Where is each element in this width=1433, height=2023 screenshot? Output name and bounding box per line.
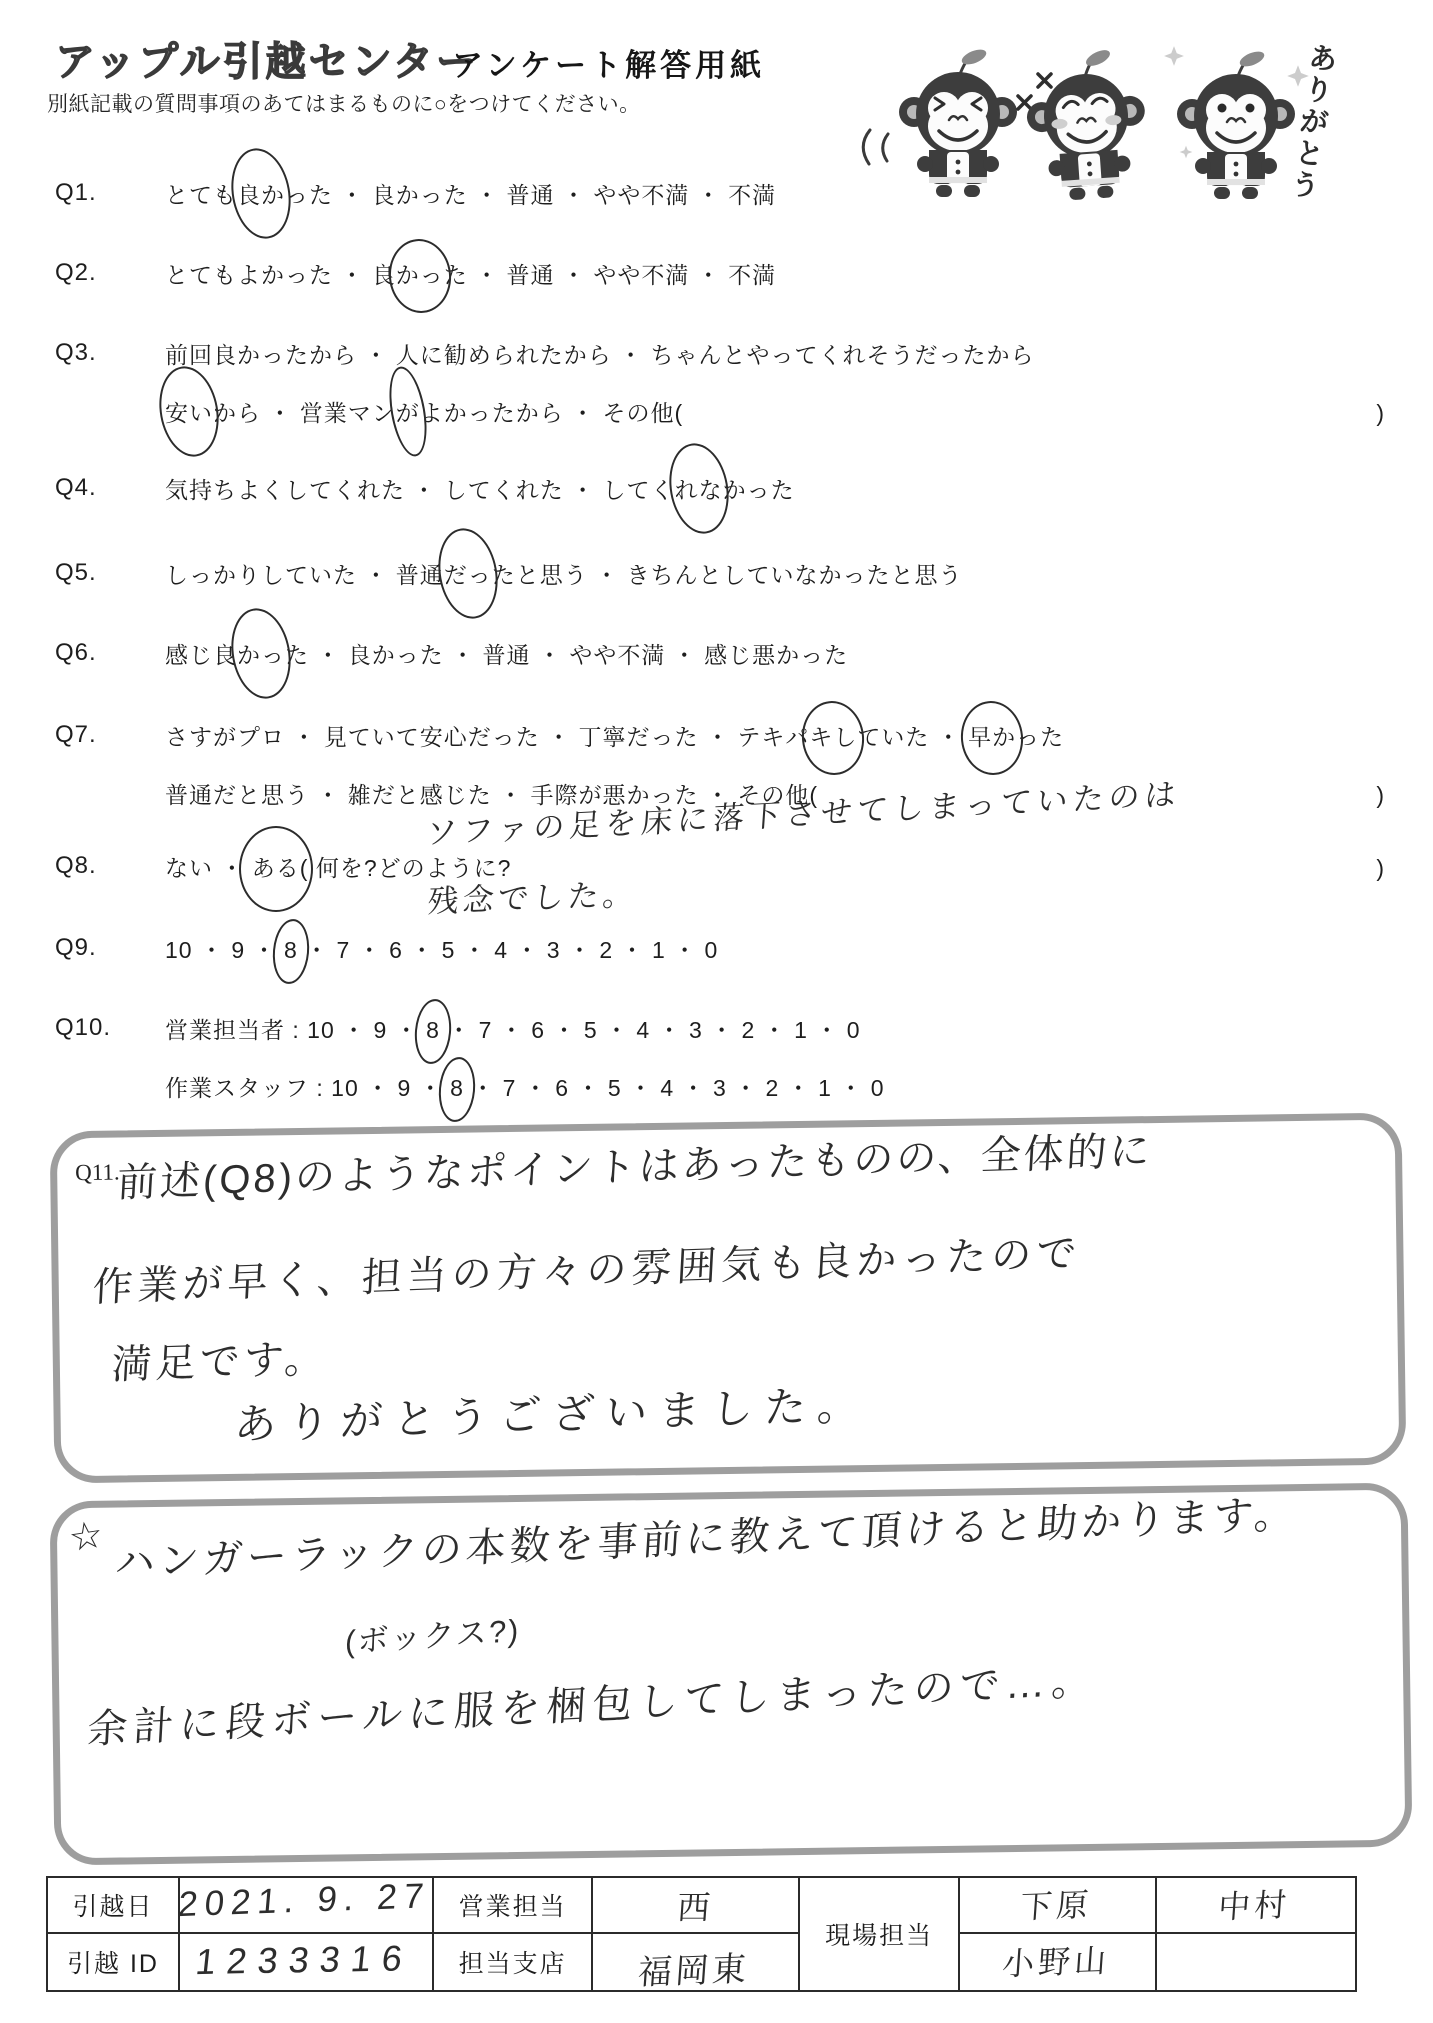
option-text: しっかりしていた ・ 普通 [165, 559, 444, 591]
question-id: Q6. [55, 639, 165, 671]
option-text: ・ 7 ・ 6 ・ 5 ・ 4 ・ 3 ・ 2 ・ 1 ・ 0 [298, 934, 719, 966]
answer-circle-mark [431, 524, 504, 624]
circled-answer: かっ [237, 639, 285, 671]
answer-circle-mark [662, 439, 735, 539]
circled-answer: 8 [426, 1014, 440, 1046]
branch-value: 福岡東 [637, 1941, 751, 1994]
answer-circle-mark [799, 698, 868, 778]
note-handwritten-line3: 余計に段ボールに服を梱包してしまったので…。 [86, 1649, 1099, 1756]
question-8: Q8.ない ・ ある( 何を?どのように?) [55, 852, 1385, 884]
answer-circle-mark [270, 918, 311, 986]
question-id: Q10. [55, 1014, 165, 1104]
option-text: た ・ 普通 ・ やや不満 ・ 不満 [444, 259, 776, 291]
option-text: 前回良かったから ・ 人に勧められたから ・ ちゃんとやってくれそうだったから [165, 339, 1035, 371]
q8-handwritten-answer-line2: 残念でした。 [426, 869, 640, 921]
options-row: とても良かった ・ 良かった ・ 普通 ・ やや不満 ・ 不満 [165, 179, 1385, 211]
field-staff-label: 現場担当 [799, 1877, 959, 1991]
footer-info-table: 引越日 2021. 9. 27 営業担当 西 現場担当 下原 中村 引越 ID … [46, 1876, 1357, 1992]
sales-rep-cell: 西 [592, 1877, 799, 1933]
circled-answer: キし [809, 721, 857, 753]
q11-handwritten-line2: 作業が早く、担当の方々の雰囲気も良かったので [91, 1221, 1083, 1313]
option-text: った ・ 良かった ・ 普通 ・ やや不満 ・ 不満 [285, 179, 776, 211]
question-id: Q3. [55, 339, 165, 429]
options-row: 作業スタッフ : 10 ・ 9 ・ 8 ・ 7 ・ 6 ・ 5 ・ 4 ・ 3 … [165, 1072, 1385, 1104]
question-id: Q7. [55, 721, 165, 811]
q11-handwritten-line4: ありがとうございました。 [233, 1372, 872, 1452]
options-row: ない ・ ある( 何を?どのように?) [165, 852, 1385, 884]
star-mark-icon: ☆ [66, 1512, 107, 1562]
question-5: Q5.しっかりしていた ・ 普通だったと思う ・ きちんとしていなかったと思う [55, 559, 1385, 591]
circled-answer: 良か [237, 179, 285, 211]
q11-handwritten-line3: 満足です。 [110, 1327, 330, 1391]
option-text: ) [1376, 852, 1385, 884]
circled-answer: だっ [444, 559, 492, 591]
options-row: しっかりしていた ・ 普通だったと思う ・ きちんとしていなかったと思う [165, 559, 1385, 591]
option-text: ・ 7 ・ 6 ・ 5 ・ 4 ・ 3 ・ 2 ・ 1 ・ 0 [440, 1014, 861, 1046]
option-text: ・ 7 ・ 6 ・ 5 ・ 4 ・ 3 ・ 2 ・ 1 ・ 0 [464, 1072, 885, 1104]
branch-cell: 福岡東 [592, 1933, 799, 1991]
answer-circle-mark [225, 604, 298, 704]
field-staff-name-1: 下原 [1018, 1879, 1093, 1928]
option-text: 10 ・ 9 ・ [165, 934, 284, 966]
option-text: たと思う ・ きちんとしていなかったと思う [492, 559, 963, 591]
options-row: 前回良かったから ・ 人に勧められたから ・ ちゃんとやってくれそうだったから [165, 339, 1385, 371]
option-text: った [1016, 721, 1064, 753]
option-text: 営業担当者 : 10 ・ 9 ・ [165, 1014, 426, 1046]
options-row: 安いから ・ 営業マンがよかったから ・ その他() [165, 397, 1385, 429]
question-9: Q9.10 ・ 9 ・ 8 ・ 7 ・ 6 ・ 5 ・ 4 ・ 3 ・ 2 ・ … [55, 934, 1385, 966]
question-id: Q4. [55, 474, 165, 506]
q11-comment-box: Q11. 前述(Q8)のようなポイントはあったものの、全体的に 作業が早く、担当… [50, 1113, 1407, 1484]
note-handwritten-line2: (ボックス?) [344, 1605, 521, 1662]
sales-rep-value: 西 [676, 1882, 712, 1929]
option-text: よかったから ・ その他( [420, 397, 683, 429]
extra-note-box: ☆ ハンガーラックの本数を事前に教えて頂けると助かります。 (ボックス?) 余計… [50, 1483, 1413, 1866]
option-text: とても [165, 179, 237, 211]
branch-label: 担当支店 [433, 1933, 592, 1991]
field-staff-cell-2: 中村 [1156, 1877, 1356, 1933]
option-text: た ・ 良かった ・ 普通 ・ やや不満 ・ 感じ悪かった [285, 639, 848, 671]
option-text: ) [1376, 397, 1385, 429]
options-row: 営業担当者 : 10 ・ 9 ・ 8 ・ 7 ・ 6 ・ 5 ・ 4 ・ 3 ・… [165, 1014, 1385, 1046]
field-staff-name-2: 中村 [1217, 1879, 1292, 1928]
question-6: Q6.感じ良かった ・ 良かった ・ 普通 ・ やや不満 ・ 感じ悪かった [55, 639, 1385, 671]
option-text: さすがプロ ・ 見ていて安心だった ・ 丁寧だった ・ テキパ [165, 721, 809, 753]
move-date-label: 引越日 [47, 1877, 179, 1933]
circled-answer: かっ [396, 259, 444, 291]
question-3: Q3.前回良かったから ・ 人に勧められたから ・ ちゃんとやってくれそうだった… [55, 339, 1385, 429]
questions-list: Q1.とても良かった ・ 良かった ・ 普通 ・ やや不満 ・ 不満Q2.とても… [55, 0, 1385, 1125]
field-staff-cell-1: 下原 [959, 1877, 1156, 1933]
question-4: Q4.気持ちよくしてくれた ・ してくれた ・ してくれなかった [55, 474, 1385, 506]
answer-circle-mark [957, 698, 1026, 778]
move-date-cell: 2021. 9. 27 [179, 1877, 433, 1933]
question-10: Q10.営業担当者 : 10 ・ 9 ・ 8 ・ 7 ・ 6 ・ 5 ・ 4 ・… [55, 1014, 1385, 1104]
circled-answer: 8 [284, 934, 298, 966]
options-row: 10 ・ 9 ・ 8 ・ 7 ・ 6 ・ 5 ・ 4 ・ 3 ・ 2 ・ 1 ・… [165, 934, 1385, 966]
field-staff-cell-3: 小野山 [959, 1933, 1156, 1991]
option-text: とてもよかった ・ 良 [165, 259, 396, 291]
options-row: さすがプロ ・ 見ていて安心だった ・ 丁寧だった ・ テキパキしていた ・ 早… [165, 721, 1385, 753]
answer-circle-mark [412, 998, 453, 1066]
circled-answer: が [396, 397, 420, 429]
circled-answer: ある [252, 852, 300, 884]
move-id-label: 引越 ID [47, 1933, 179, 1991]
answer-circle-mark [225, 144, 298, 244]
option-text: 作業スタッフ : 10 ・ 9 ・ [165, 1072, 450, 1104]
circled-answer: 安い [165, 397, 213, 429]
question-1: Q1.とても良かった ・ 良かった ・ 普通 ・ やや不満 ・ 不満 [55, 179, 1385, 211]
option-text: から ・ 営業マン [213, 397, 396, 429]
field-staff-name-3: 小野山 [1000, 1935, 1111, 1985]
circled-answer: 早か [968, 721, 1016, 753]
q11-handwritten-line1: 前述(Q8)のようなポイントはあったものの、全体的に [116, 1119, 1155, 1209]
question-2: Q2.とてもよかった ・ 良かった ・ 普通 ・ やや不満 ・ 不満 [55, 259, 1385, 291]
sales-rep-label: 営業担当 [433, 1877, 592, 1933]
question-id: Q8. [55, 852, 165, 884]
option-text: ) [1376, 779, 1385, 811]
field-staff-cell-4 [1156, 1933, 1356, 1991]
question-id: Q1. [55, 179, 165, 211]
answer-circle-mark [385, 236, 454, 316]
option-text: 感じ良 [165, 639, 237, 671]
move-id-value: 1233316 [193, 1937, 415, 1983]
circled-answer: れな [675, 474, 723, 506]
circled-answer: 8 [450, 1072, 464, 1104]
option-text: かった [723, 474, 795, 506]
options-row: 感じ良かった ・ 良かった ・ 普通 ・ やや不満 ・ 感じ悪かった [165, 639, 1385, 671]
options-row: とてもよかった ・ 良かった ・ 普通 ・ やや不満 ・ 不満 [165, 259, 1385, 291]
options-row: 気持ちよくしてくれた ・ してくれた ・ してくれなかった [165, 474, 1385, 506]
question-id: Q9. [55, 934, 165, 966]
answer-circle-mark [383, 364, 432, 460]
answer-circle-mark [436, 1056, 477, 1124]
option-text: 気持ちよくしてくれた ・ してくれた ・ してく [165, 474, 675, 506]
question-id: Q2. [55, 259, 165, 291]
question-id-q11: Q11. [75, 1159, 120, 1186]
move-id-cell: 1233316 [179, 1933, 433, 1991]
move-date-value: 2021. 9. 27 [176, 1876, 432, 1925]
note-handwritten-line1: ハンガーラックの本数を事前に教えて頂けると助かります。 [113, 1482, 1300, 1589]
option-text: ていた ・ [857, 721, 968, 753]
question-id: Q5. [55, 559, 165, 591]
survey-answer-sheet: アップル引越センター アンケート解答用紙 別紙記載の質問事項のあてはまるものに○… [0, 0, 1433, 2023]
answer-circle-mark [239, 826, 313, 912]
